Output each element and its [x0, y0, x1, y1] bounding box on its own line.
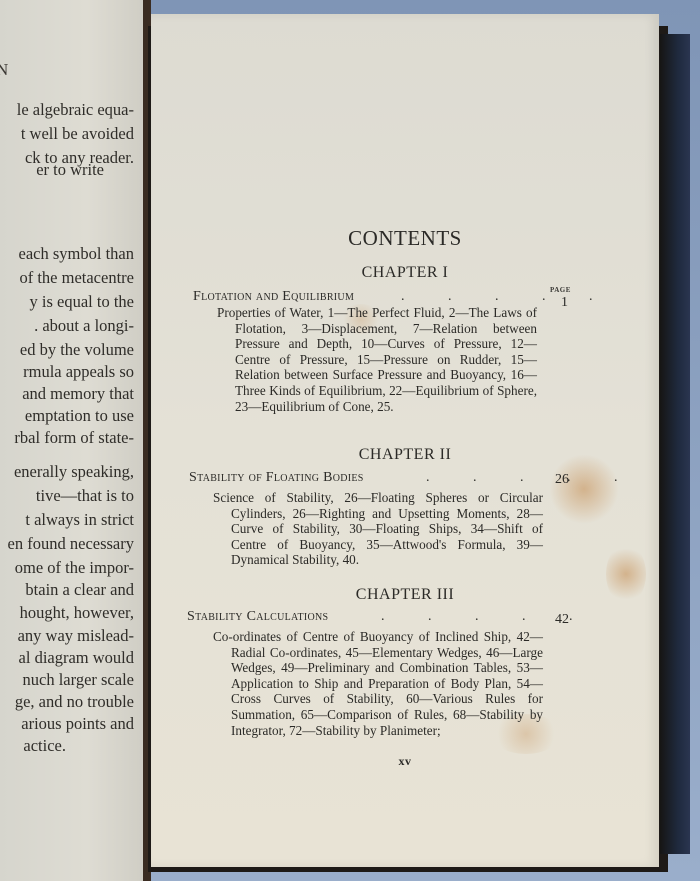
page-number: 26 — [555, 472, 569, 488]
left-page: N le algebraic equa- t well be avoided c… — [0, 0, 146, 881]
chapter-heading: CHAPTER I — [151, 264, 659, 282]
chapter-title: Flotation and Equilibrium — [193, 289, 354, 305]
chapter-description: Science of Stability, 26—Floating Sphere… — [213, 490, 543, 568]
left-line: any way mislead- — [18, 626, 134, 646]
left-line: enerally speaking, — [14, 462, 134, 482]
left-line: btain a clear and — [25, 580, 134, 600]
left-line: each symbol than — [19, 244, 134, 264]
page-number: 1 — [561, 295, 568, 311]
contents-page: CONTENTS CHAPTER I PAGE Flotation and Eq… — [151, 14, 659, 867]
page-number: 42 — [555, 612, 569, 628]
left-line: le algebraic equa- — [17, 100, 134, 120]
left-line: emptation to use — [25, 406, 134, 426]
left-line: hought, however, — [20, 603, 134, 623]
left-line: . about a longi- — [34, 316, 134, 336]
left-line: ed by the volume — [20, 340, 134, 360]
left-line: and memory that — [22, 384, 134, 404]
left-line: ge, and no trouble — [15, 692, 134, 712]
chapter-description: Co-ordinates of Centre of Buoyancy of In… — [213, 629, 543, 738]
book-cover-edge — [660, 34, 690, 854]
chapter-heading: CHAPTER III — [151, 586, 659, 604]
left-line: en found necessary — [8, 534, 134, 554]
contents-body: CONTENTS CHAPTER I PAGE Flotation and Eq… — [151, 14, 659, 867]
chapter-description: Properties of Water, 1—The Perfect Fluid… — [217, 305, 537, 414]
left-line: rmula appeals so — [23, 362, 134, 382]
left-line: rbal form of state- — [14, 428, 134, 448]
page-folio: xv — [151, 754, 659, 769]
left-line: nuch larger scale — [23, 670, 134, 690]
chapter-title: Stability Calculations — [187, 609, 328, 625]
dot-leaders: . . . . . — [426, 470, 638, 486]
left-running-head: N — [0, 60, 9, 80]
left-line: t always in strict — [25, 510, 134, 530]
left-line: y is equal to the — [30, 292, 134, 312]
left-line: ome of the impor- — [15, 558, 134, 578]
page-title: CONTENTS — [151, 226, 659, 251]
left-line: actice. — [23, 736, 66, 756]
left-line: t well be avoided — [21, 124, 134, 144]
left-line: tive—that is to — [36, 486, 134, 506]
left-line: arious points and — [21, 714, 134, 734]
left-line: al diagram would — [19, 648, 134, 668]
left-line: of the metacentre — [19, 268, 134, 288]
chapter-title: Stability of Floating Bodies — [189, 470, 364, 486]
left-line: er to write — [36, 160, 104, 180]
chapter-heading: CHAPTER II — [151, 446, 659, 464]
dot-leaders: . . . . . — [401, 289, 613, 305]
